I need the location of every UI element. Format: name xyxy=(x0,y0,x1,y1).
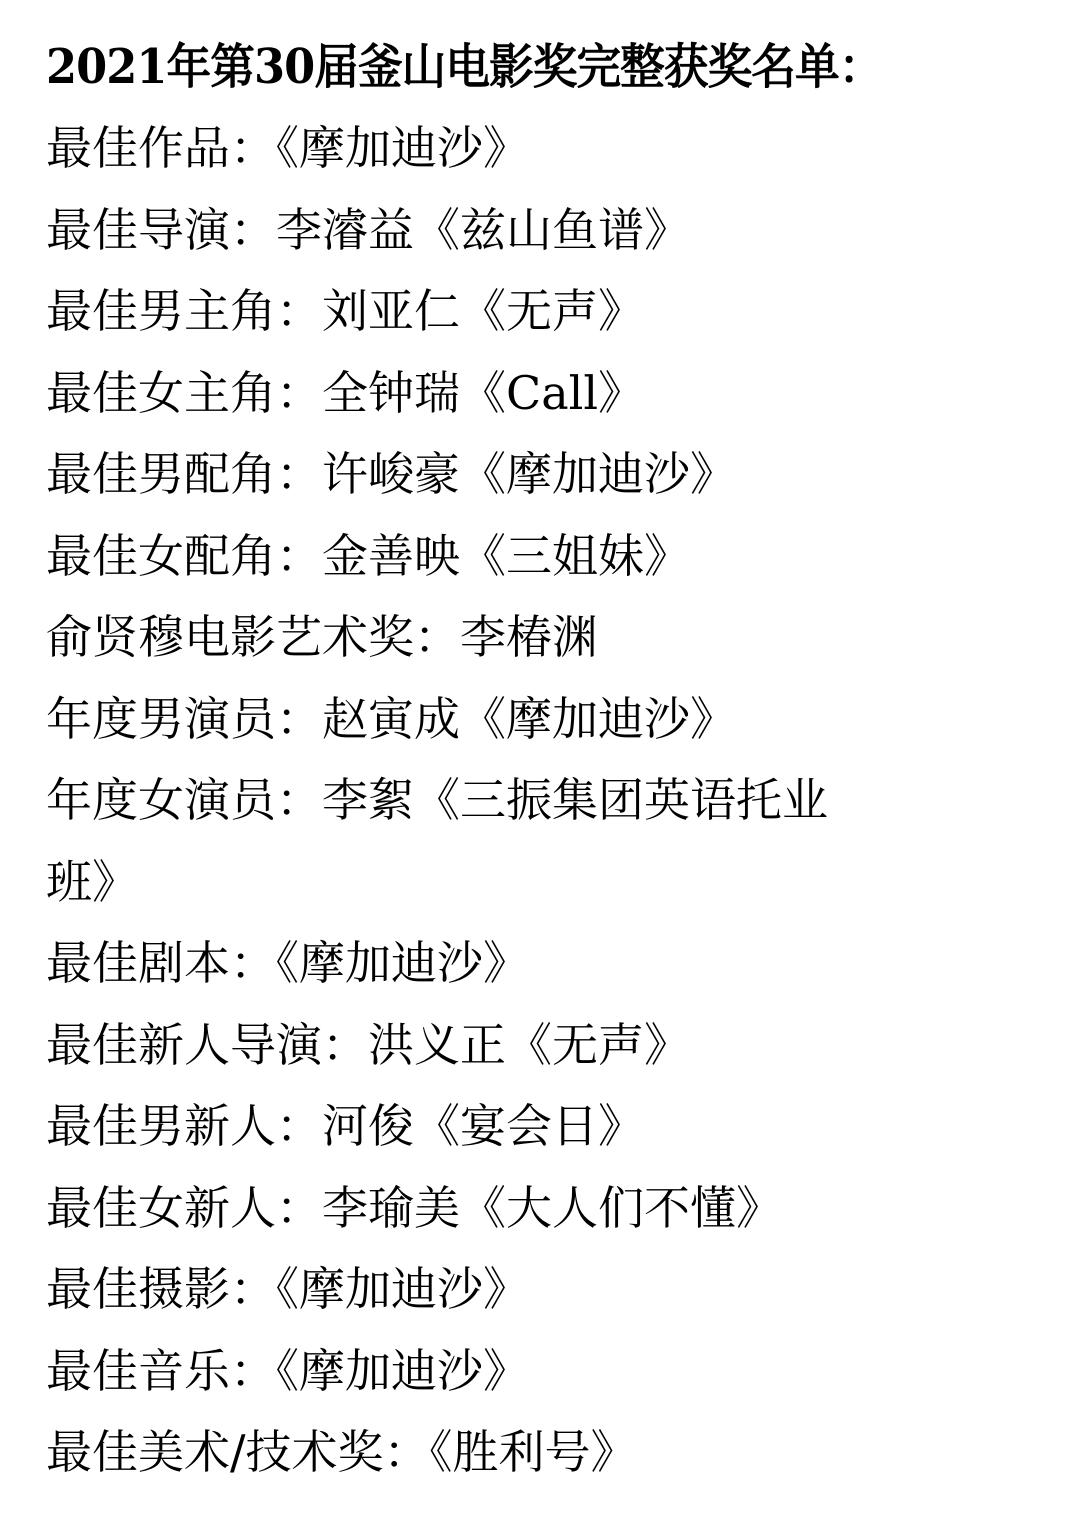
award-work: 《三振集团英语托业 xyxy=(414,773,828,827)
award-line-yoo-hyun-mok-award: 俞贤穆电影艺术奖：李椿渊 xyxy=(46,597,1056,679)
award-winner: 许峻豪 xyxy=(322,447,460,501)
award-winner: 金善映 xyxy=(322,529,460,583)
award-work: 《摩加迪沙》 xyxy=(276,1262,529,1316)
award-label: 俞贤穆电影艺术奖： xyxy=(46,610,460,664)
award-winner: 李絮 xyxy=(322,773,414,827)
award-work: 《摩加迪沙》 xyxy=(276,936,529,990)
award-line-best-new-actress: 最佳女新人：李瑜美《大人们不懂》 xyxy=(46,1168,1056,1250)
award-winner: 李濬益 xyxy=(276,203,414,257)
award-work: 《胜利号》 xyxy=(430,1425,637,1479)
award-label: 最佳导演： xyxy=(46,203,276,257)
award-label: 最佳女主角： xyxy=(46,366,322,420)
award-work: 《宴会日》 xyxy=(414,1099,644,1153)
award-line-best-actress: 最佳女主角：全钟瑞《Call》 xyxy=(46,353,1056,435)
award-label: 年度男演员： xyxy=(46,692,322,746)
award-line-best-art-technical: 最佳美术/技术奖：《胜利号》 xyxy=(46,1412,1056,1494)
award-line-best-actor: 最佳男主角：刘亚仁《无声》 xyxy=(46,271,1056,353)
award-work: 班》 xyxy=(46,855,138,909)
award-winner: 李瑜美 xyxy=(322,1181,460,1235)
award-label: 最佳女配角： xyxy=(46,529,322,583)
award-label: 最佳新人导演： xyxy=(46,1018,368,1072)
award-work: 《摩加迪沙》 xyxy=(276,1344,529,1398)
award-line-actress-of-year: 年度女演员：李絮《三振集团英语托业 xyxy=(46,760,1056,842)
award-label: 最佳摄影： xyxy=(46,1262,276,1316)
award-work: 《摩加迪沙》 xyxy=(460,447,736,501)
award-work: 《摩加迪沙》 xyxy=(276,121,529,175)
award-work: 《兹山鱼谱》 xyxy=(414,203,690,257)
award-label: 最佳作品： xyxy=(46,121,276,175)
award-line-best-cinematography: 最佳摄影：《摩加迪沙》 xyxy=(46,1249,1056,1331)
award-winner: 赵寅成 xyxy=(322,692,460,746)
award-winner: 洪义正 xyxy=(368,1018,506,1072)
award-work: 《摩加迪沙》 xyxy=(460,692,736,746)
award-work: 《大人们不懂》 xyxy=(460,1181,782,1235)
award-label: 年度女演员： xyxy=(46,773,322,827)
award-line-actor-of-year: 年度男演员：赵寅成《摩加迪沙》 xyxy=(46,679,1056,761)
document-title: 2021年第30届釜山电影奖完整获奖名单： xyxy=(46,26,985,108)
award-line-best-supporting-actor: 最佳男配角：许峻豪《摩加迪沙》 xyxy=(46,434,1056,516)
award-line-best-screenplay: 最佳剧本：《摩加迪沙》 xyxy=(46,923,1056,1005)
award-work: 《无声》 xyxy=(460,284,644,338)
award-line-best-new-actor: 最佳男新人：河俊《宴会日》 xyxy=(46,1086,1056,1168)
award-label: 最佳男新人： xyxy=(46,1099,322,1153)
award-line-best-film: 最佳作品：《摩加迪沙》 xyxy=(46,108,1056,190)
award-winner: 李椿渊 xyxy=(460,610,598,664)
award-work: 《三姐妹》 xyxy=(460,529,690,583)
award-line-best-new-director: 最佳新人导演：洪义正《无声》 xyxy=(46,1005,1056,1087)
award-label: 最佳音乐： xyxy=(46,1344,276,1398)
award-work: 《Call》 xyxy=(460,366,644,420)
award-winner: 河俊 xyxy=(322,1099,414,1153)
award-label: 最佳女新人： xyxy=(46,1181,322,1235)
award-label: 最佳男主角： xyxy=(46,284,322,338)
award-label: 最佳剧本： xyxy=(46,936,276,990)
award-line-best-director: 最佳导演：李濬益《兹山鱼谱》 xyxy=(46,190,1056,272)
award-winner: 刘亚仁 xyxy=(322,284,460,338)
award-label: 最佳男配角： xyxy=(46,447,322,501)
award-line-best-music: 最佳音乐：《摩加迪沙》 xyxy=(46,1331,1056,1413)
award-work: 《无声》 xyxy=(506,1018,690,1072)
award-document: 2021年第30届釜山电影奖完整获奖名单： 最佳作品：《摩加迪沙》 最佳导演：李… xyxy=(46,26,1056,1494)
award-label: 最佳美术/技术奖： xyxy=(46,1425,430,1479)
award-line-actress-of-year-wrap: 班》 xyxy=(46,842,1056,924)
award-winner: 全钟瑞 xyxy=(322,366,460,420)
award-line-best-supporting-actress: 最佳女配角：金善映《三姐妹》 xyxy=(46,516,1056,598)
